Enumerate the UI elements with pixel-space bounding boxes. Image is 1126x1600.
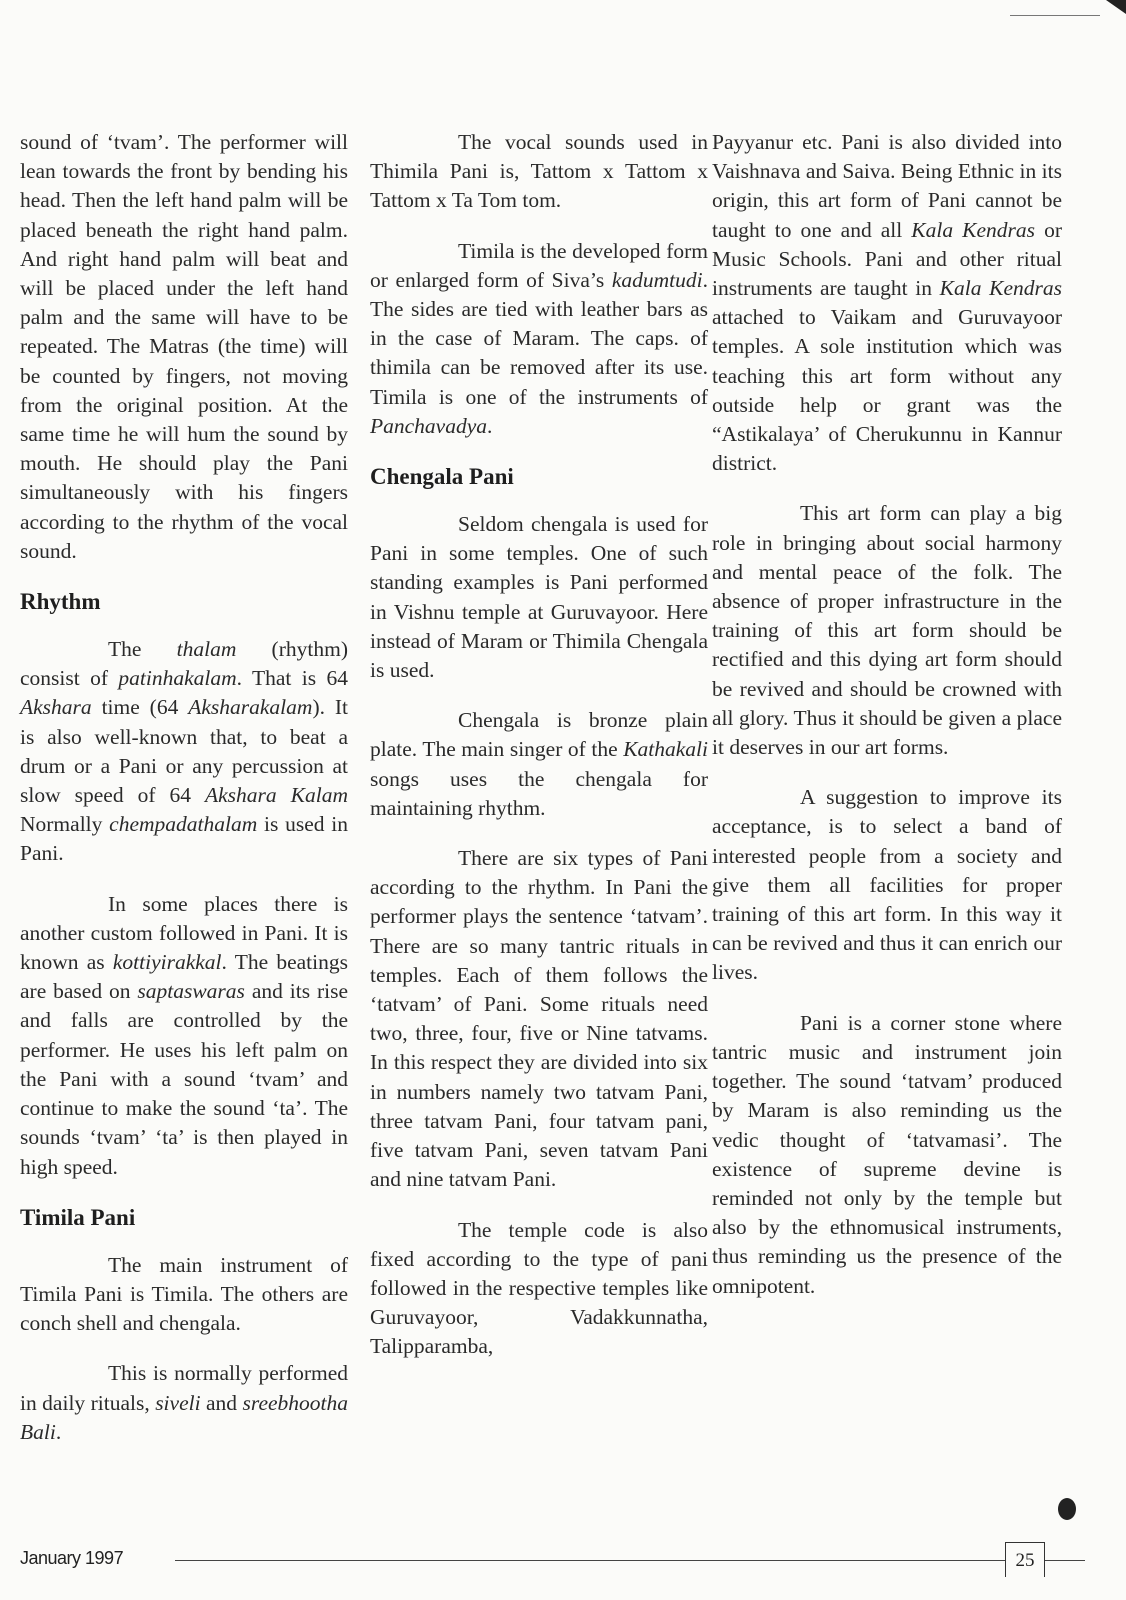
column-1: sound of ‘tvam’. The performer will lean… (20, 128, 348, 1468)
paragraph: A suggestion to improve its acceptance, … (712, 783, 1062, 987)
paragraph: The main instrument of Timila Pani is Ti… (20, 1251, 348, 1339)
paragraph: sound of ‘tvam’. The performer will lean… (20, 128, 348, 566)
paragraph: Timila is the developed form or enlarged… (370, 237, 708, 441)
paragraph: This art form can play a big role in bri… (712, 499, 1062, 762)
paragraph: There are six types of Pani according to… (370, 844, 708, 1194)
page-footer: January 1997 25 (20, 1540, 1110, 1580)
magazine-page: sound of ‘tvam’. The performer will lean… (0, 0, 1126, 1600)
footer-rule-right (1045, 1560, 1085, 1561)
issue-date: January 1997 (20, 1548, 123, 1569)
column-3: Payyanur etc. Pani is also divided into … (712, 128, 1062, 1322)
footer-rule (175, 1560, 1005, 1561)
paragraph: Payyanur etc. Pani is also divided into … (712, 128, 1062, 478)
paragraph: Pani is a corner stone where tantric mus… (712, 1009, 1062, 1301)
paragraph: The temple code is also fixed according … (370, 1216, 708, 1362)
paragraph: The vocal sounds used in Thimila Pani is… (370, 128, 708, 216)
top-rule-divider (1010, 15, 1100, 16)
corner-mark (1106, 0, 1126, 14)
paragraph: This is normally performed in daily ritu… (20, 1359, 348, 1447)
section-heading-timila-pani: Timila Pani (20, 1203, 348, 1233)
column-2: The vocal sounds used in Thimila Pani is… (370, 128, 708, 1383)
section-heading-chengala-pani: Chengala Pani (370, 462, 708, 492)
paragraph: Seldom chengala is used for Pani in some… (370, 510, 708, 685)
end-of-article-bullet-icon (1058, 1498, 1076, 1520)
page-number: 25 (1005, 1542, 1045, 1577)
paragraph: The thalam (rhythm) consist of patinhaka… (20, 635, 348, 869)
paragraph: Chengala is bronze plain plate. The main… (370, 706, 708, 823)
paragraph: In some places there is another custom f… (20, 890, 348, 1182)
section-heading-rhythm: Rhythm (20, 587, 348, 617)
